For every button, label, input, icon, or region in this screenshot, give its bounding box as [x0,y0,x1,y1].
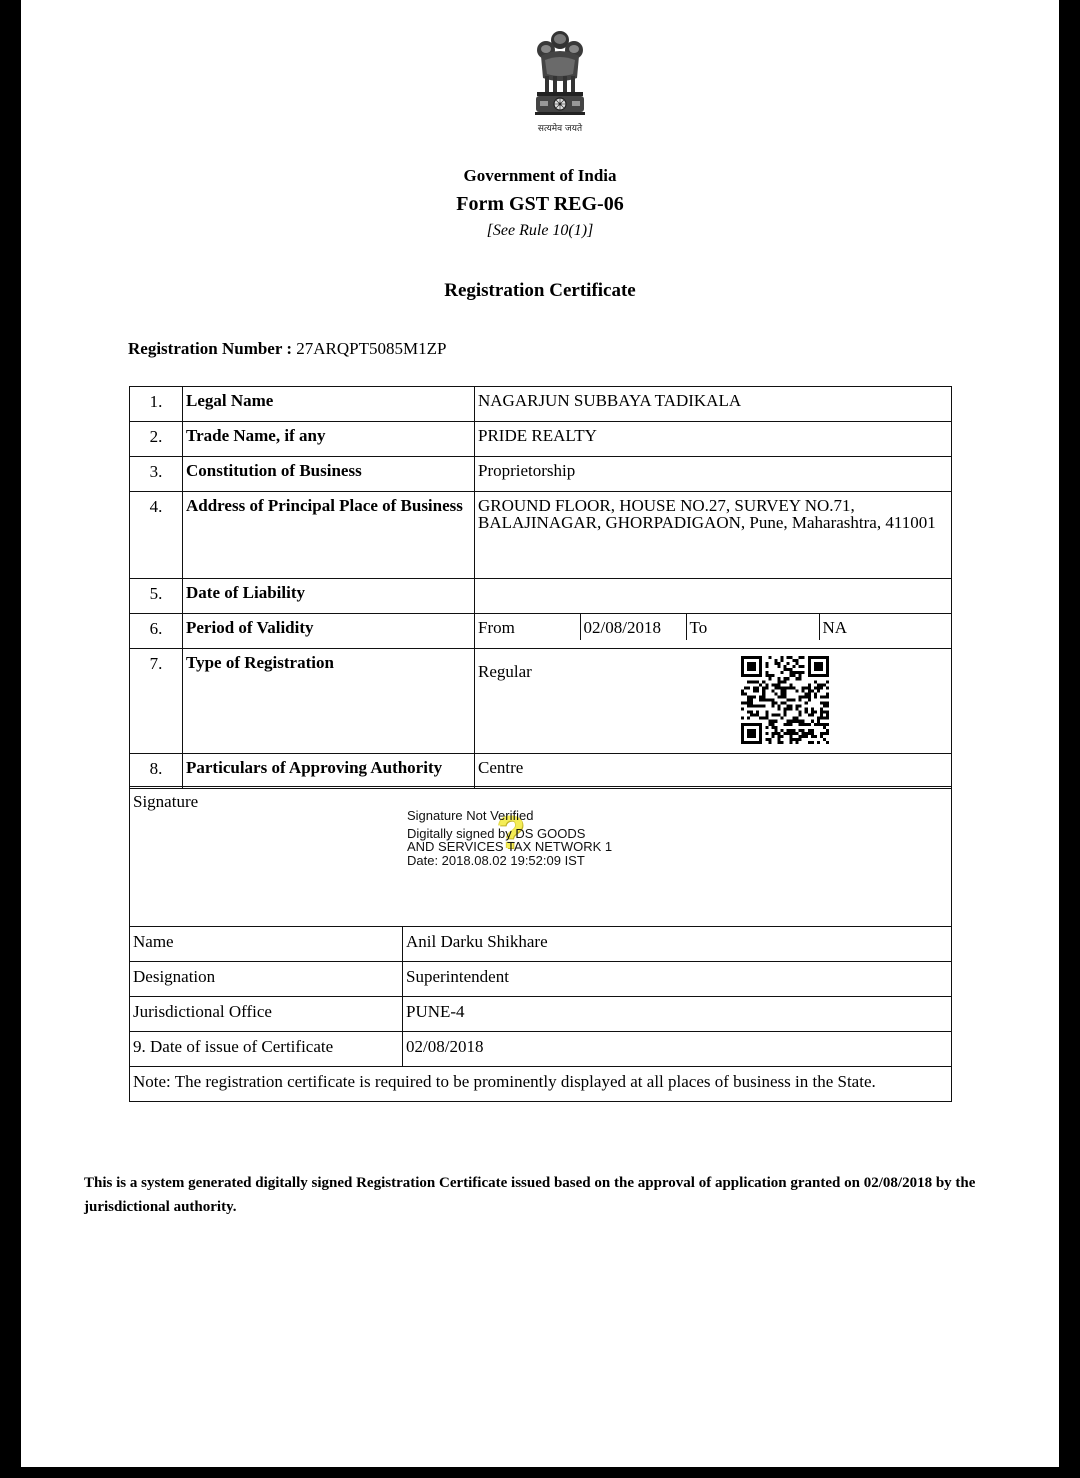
table-row: 6. Period of Validity From 02/08/2018 To… [130,614,952,649]
table-row: 5. Date of Liability [130,579,952,614]
row-number: 5. [130,579,183,614]
row-number: 6. [130,614,183,649]
signature-cell: Signature ? Signature Not Verified Digit… [130,787,952,927]
row-label: Particulars of Approving Authority [183,754,475,789]
officer-value: PUNE-4 [403,997,952,1032]
row-label: Period of Validity [183,614,475,649]
row-value: Regular [475,649,952,754]
validity-table: From 02/08/2018 To NA [475,614,951,640]
officer-value: 02/08/2018 [403,1032,952,1067]
rule-reference: [See Rule 10(1)] [21,222,1059,240]
registration-number: Registration Number : 27ARQPT5085M1ZP [128,339,446,359]
ashoka-emblem-icon [531,26,589,120]
table-row: 9. Date of issue of Certificate 02/08/20… [130,1032,952,1067]
row-label: Address of Principal Place of Business [183,492,475,579]
table-row: Designation Superintendent [130,962,952,997]
row-number: 4. [130,492,183,579]
signed-by-line-1: Digitally signed by DS GOODS [407,827,612,841]
signed-by-line-2: AND SERVICES TAX NETWORK 1 [407,840,612,854]
row-value: Centre [475,754,952,789]
table-row: 1. Legal Name NAGARJUN SUBBAYA TADIKALA [130,387,952,422]
government-heading: Government of India [21,166,1059,186]
row-number: 8. [130,754,183,789]
emblem-motto: सत्यमेव जयते [520,121,600,134]
signature-date: Date: 2018.08.02 19:52:09 IST [407,854,612,868]
row-label: Type of Registration [183,649,475,754]
signature-status: Signature Not Verified [407,809,612,823]
row-value [475,579,952,614]
validity-to-date: NA [819,614,951,640]
row-value: Proprietorship [475,457,952,492]
table-row: 4. Address of Principal Place of Busines… [130,492,952,579]
registration-number-value: 27ARQPT5085M1ZP [296,339,446,358]
display-note: Note: The registration certificate is re… [130,1067,952,1102]
officer-value: Anil Darku Shikhare [403,927,952,962]
row-value: GROUND FLOOR, HOUSE NO.27, SURVEY NO.71,… [475,492,952,579]
row-value: NAGARJUN SUBBAYA TADIKALA [475,387,952,422]
officer-label: Jurisdictional Office [130,997,403,1032]
form-title: Form GST REG-06 [21,193,1059,216]
validity-from-date: 02/08/2018 [580,614,686,640]
table-row: Name Anil Darku Shikhare [130,927,952,962]
table-row: Jurisdictional Office PUNE-4 [130,997,952,1032]
digital-signature-block: Signature Not Verified Digitally signed … [407,809,612,867]
certificate-title: Registration Certificate [21,280,1059,302]
officer-label: Designation [130,962,403,997]
note-row: Note: The registration certificate is re… [130,1067,952,1102]
row-number: 1. [130,387,183,422]
validity-to-label: To [686,614,819,640]
row-label: Constitution of Business [183,457,475,492]
approval-table: Signature ? Signature Not Verified Digit… [129,786,952,1102]
qr-code-icon [741,656,829,744]
officer-label: 9. Date of issue of Certificate [130,1032,403,1067]
certificate-page: सत्यमेव जयते Government of India Form GS… [21,0,1059,1467]
validity-from-label: From [475,614,580,640]
table-row: 2. Trade Name, if any PRIDE REALTY [130,422,952,457]
officer-value: Superintendent [403,962,952,997]
row-label: Legal Name [183,387,475,422]
registration-number-label: Registration Number : [128,339,292,358]
row-label: Trade Name, if any [183,422,475,457]
officer-label: Name [130,927,403,962]
signature-row: Signature ? Signature Not Verified Digit… [130,787,952,927]
row-number: 3. [130,457,183,492]
row-label: Date of Liability [183,579,475,614]
validity-cell: From 02/08/2018 To NA [475,614,952,649]
row-number: 7. [130,649,183,754]
national-emblem: सत्यमेव जयते [520,26,600,138]
system-generated-note: This is a system generated digitally sig… [84,1171,1004,1219]
row-number: 2. [130,422,183,457]
table-row: 8. Particulars of Approving Authority Ce… [130,754,952,789]
signature-label: Signature [133,792,198,811]
row-value: PRIDE REALTY [475,422,952,457]
table-row: 3. Constitution of Business Proprietorsh… [130,457,952,492]
